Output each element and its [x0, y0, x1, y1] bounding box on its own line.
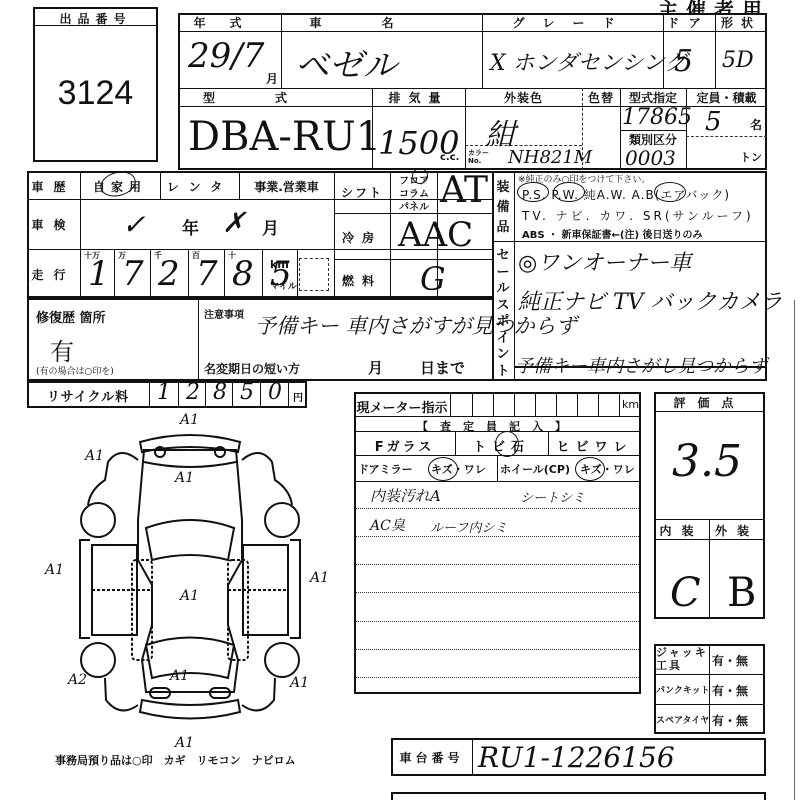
- meter-label: 現メーター指示: [354, 397, 450, 416]
- glass-label: Fガラス: [354, 436, 455, 455]
- lot-number-box: 出品番号 3124: [33, 7, 158, 162]
- score-value: 3.5: [672, 436, 742, 487]
- repair-label: 修復歴 箇所: [36, 307, 106, 326]
- displacement-label: 排気量: [372, 89, 465, 106]
- repair-note: (有の場合は○印を): [36, 364, 114, 377]
- inspector-comment-1: 内装汚れA: [370, 485, 441, 506]
- inspector-comment-2b: ルーフ内シミ: [430, 517, 507, 536]
- inspection-month-value: ✗: [222, 206, 245, 239]
- capacity-value: 5: [705, 107, 722, 137]
- name-change-label: 名変期日の短い方: [204, 360, 300, 377]
- shift-selected-circle: [412, 168, 428, 184]
- color-change-label: 色替: [582, 89, 620, 106]
- sales-point-3-struck: 予備キー車内さがし見つからず: [515, 352, 767, 378]
- exterior-label: 外装: [709, 522, 765, 539]
- displacement-unit: c.c.: [440, 152, 459, 163]
- interior-label: 内装: [654, 522, 709, 539]
- spare-tire-value[interactable]: 有・無: [712, 712, 748, 729]
- mileage-label: 走行: [27, 266, 80, 283]
- mileage-digit: 2: [158, 254, 180, 294]
- damage-mark: A1: [180, 412, 199, 428]
- model-value: DBA-RU1: [188, 114, 381, 160]
- color-label: 外装色: [465, 89, 582, 106]
- puncture-kit-value[interactable]: 有・無: [712, 682, 748, 699]
- type-designation-label: 型式指定: [620, 89, 686, 106]
- jack-label: ジャッキ工具: [656, 646, 708, 672]
- jack-value[interactable]: 有・無: [712, 652, 748, 669]
- damage-mark: A1: [290, 675, 309, 691]
- header-cutoff-text: [290, 0, 510, 2]
- month-unit: 月: [266, 70, 278, 87]
- equip-circle-pw: [553, 182, 585, 202]
- load-unit: トン: [740, 149, 762, 165]
- inspector-comment-1b: シートシミ: [520, 487, 585, 506]
- history-option-business: 事業.営業車: [239, 178, 334, 195]
- door-value: 5: [674, 44, 693, 79]
- door-mirror-label: ドアミラー: [358, 461, 413, 477]
- recycle-digit: 5: [240, 380, 254, 405]
- interior-value: C: [670, 570, 701, 616]
- mileage-digit: 7: [122, 254, 144, 294]
- damage-mark: A1: [170, 668, 189, 684]
- recycle-digit: 1: [157, 380, 171, 405]
- damage-mark: A1: [175, 735, 194, 751]
- type-designation-value: 17865: [622, 105, 692, 130]
- notes-value: 予備キー 車内さがすが見つからず: [255, 310, 577, 340]
- diagram-footer: 事務局預り品は○印 カギ リモコン ナビロム: [55, 752, 296, 768]
- inspector-label: 【査定員記入】: [354, 418, 641, 434]
- damage-mark: A1: [85, 448, 104, 464]
- recycle-digit: 0: [268, 380, 282, 405]
- aircon-value: AAC: [398, 215, 473, 255]
- inspection-year-value: ✓: [122, 208, 145, 241]
- grade-label: グレード: [482, 14, 663, 31]
- inspection-year-unit: 年: [182, 214, 199, 239]
- mile-checkbox[interactable]: [299, 258, 329, 291]
- inspector-comment-2: AC臭: [370, 515, 405, 535]
- chip-circle: [495, 431, 519, 457]
- bottom-table-edge: [391, 792, 766, 800]
- crack-label: ヒビワレ: [548, 436, 641, 455]
- shape-label: 形状: [715, 14, 767, 31]
- color-no-label: カラーNo.: [468, 149, 492, 165]
- fuel-label: 燃料: [334, 272, 390, 289]
- meter-unit: km: [622, 398, 639, 411]
- recycle-digit: 8: [213, 380, 227, 405]
- car-damage-diagram: [60, 420, 320, 730]
- mileage-unit-mile: マイル: [270, 279, 297, 292]
- chassis-label: 車台番号: [391, 749, 472, 766]
- damage-mark: A1: [180, 588, 199, 604]
- fuel-value: G: [420, 260, 446, 298]
- mileage-digit: 7: [196, 254, 218, 294]
- capacity-label: 定員・積載: [686, 89, 767, 106]
- recycle-fee-label: リサイクル料: [27, 386, 149, 405]
- recycle-unit: 円: [293, 389, 303, 404]
- model-label: 型式: [178, 89, 372, 106]
- notes-label: 注意事項: [204, 306, 244, 321]
- inspection-month-unit: 月: [262, 214, 279, 239]
- history-option-rental: レンタ: [160, 178, 239, 195]
- wheel-label: ホイール(CP): [500, 461, 570, 477]
- sales-point-1: ◎ワンオーナー車: [518, 246, 691, 277]
- chassis-value: RU1-1226156: [478, 741, 675, 774]
- repair-value: 有: [50, 332, 74, 367]
- year-label: 年式: [178, 14, 281, 31]
- equipment-line-3: ABS ・ 新車保証書←(注) 後日送りのみ: [522, 226, 703, 241]
- damage-mark: A1: [45, 562, 64, 578]
- inspection-label: 車検: [27, 216, 80, 233]
- equip-circle-ab: [654, 182, 686, 202]
- color-no-value: NH821M: [508, 147, 592, 168]
- category-value: 0003: [625, 146, 676, 170]
- year-value: 29/7: [188, 36, 264, 76]
- door-label: ドア: [663, 14, 715, 31]
- mileage-digit: 8: [232, 254, 254, 294]
- equipment-label: 装備品: [494, 178, 512, 238]
- name-change-month: 月: [368, 357, 383, 378]
- damage-mark: A1: [310, 570, 329, 586]
- damage-mark: A2: [68, 672, 87, 688]
- shift-label: シフト: [334, 184, 390, 201]
- mileage-digit: 1: [88, 254, 110, 294]
- grade-value: X ホンダセンシング: [490, 46, 686, 77]
- puncture-kit-label: パンクキット: [656, 683, 710, 696]
- equip-circle-ps: [517, 182, 549, 202]
- door-mirror-circle: [428, 457, 458, 481]
- exterior-value: B: [727, 570, 756, 616]
- car-name-value: ベゼル: [295, 38, 397, 87]
- mileage-unit-km: km: [270, 258, 289, 271]
- shift-option-panel: パネル: [392, 198, 436, 213]
- shift-value: AT: [440, 170, 488, 211]
- damage-mark: A1: [175, 470, 194, 486]
- car-name-label: 車名: [281, 14, 482, 31]
- capacity-unit: 名: [750, 116, 762, 133]
- shape-value: 5D: [722, 48, 754, 73]
- name-change-day: 日まで: [420, 357, 465, 378]
- wheel-circle: [575, 457, 605, 481]
- history-label: 車歴: [27, 178, 80, 195]
- spare-tire-label: スペアタイヤ: [656, 713, 709, 726]
- recycle-digit: 2: [186, 380, 200, 405]
- lot-number-value: 3124: [35, 74, 156, 113]
- score-label: 評価点: [654, 394, 765, 411]
- aircon-label: 冷房: [334, 229, 390, 246]
- equipment-line-2: TV. ナビ. カワ. SR(サンルーフ): [522, 207, 754, 224]
